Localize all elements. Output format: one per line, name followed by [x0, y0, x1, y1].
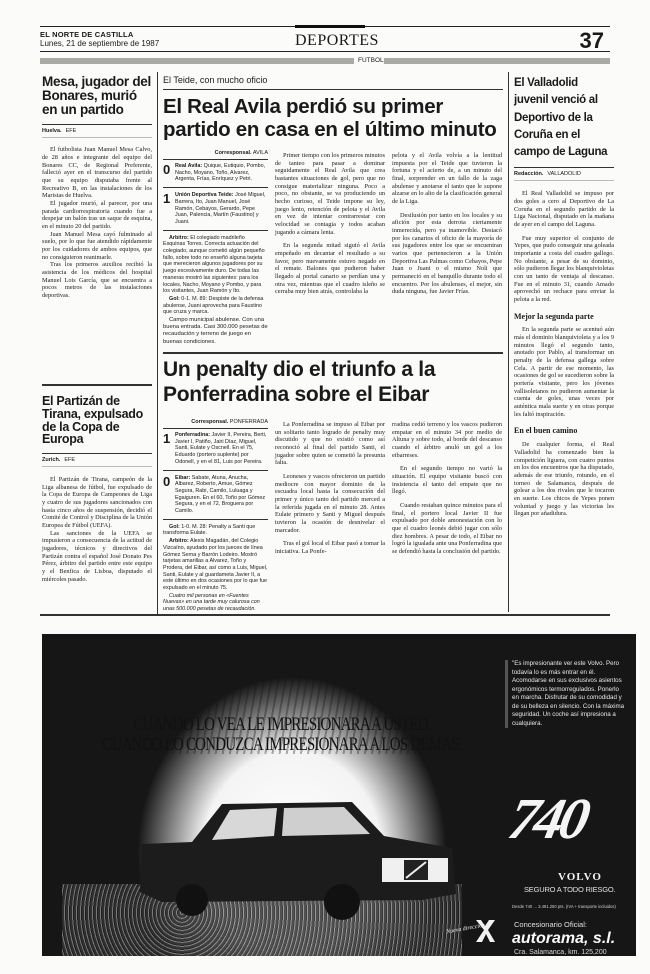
byline-place: Zurich. [42, 457, 60, 463]
masthead: EL NORTE DE CASTILLA Lunes, 21 de septie… [40, 26, 610, 52]
team-name: Eibar: [175, 475, 190, 481]
headline: Un penalty dio el triunfo a la Ponferrad… [163, 358, 503, 408]
team-players: Sabate, Atuna, Anucha, Albarez, Roberto,… [175, 475, 265, 515]
dealer-address: Cra. Salamanca, km. 125,200 Tels. 23 19 … [514, 949, 627, 956]
dealer-label: Concesionario Oficial: [514, 920, 587, 929]
lineup-row: 0Eibar: Sabate, Atuna, Anucha, Albarez, … [163, 475, 268, 520]
article-avila: El Teide, con mucho oficio El Real Avila… [163, 72, 503, 142]
subheading: Mejor la segunda parte [514, 312, 614, 322]
lineups: 1Ponferradina: Javier II, Pereira, Berti… [163, 428, 268, 613]
byline-city: AVILA [253, 150, 268, 156]
volvo-advertisement: CUANDO LO VEA LE IMPRESIONARA A USTED. C… [42, 634, 636, 956]
note-label: Gol: [169, 296, 180, 302]
avila-column-2: Primer tiempo con los primeros minutos d… [275, 152, 385, 296]
byline-city: PONFERRADA [230, 419, 268, 425]
avila-datasheet: Corresponsal. AVILA 0Real Avila: Quique,… [163, 150, 268, 347]
article-partizan: El Partizán de Tirana, expulsado de la C… [42, 395, 152, 583]
ponferradina-column-2: La Ponferradina se impuso al Eibar por u… [275, 421, 385, 556]
team-score: 0 [163, 475, 170, 488]
team-score: 1 [163, 432, 170, 445]
headline: Mesa, jugador del Bonares, murió en un p… [42, 75, 152, 116]
section-band: FUTBOL [40, 57, 610, 65]
headline: El Partizán de Tirana, expulsado de la C… [42, 395, 152, 446]
paragraph: Tras el gol local el Eibar pasó a tomar … [275, 540, 385, 555]
paragraph: En la segunda parte se acentuó aún más e… [514, 326, 614, 418]
team-name: Unión Deportiva Teide: [175, 192, 234, 198]
note-text: Alexis Magadán, del Colegio Vizcaíno, ay… [163, 538, 267, 591]
note-text: Campo municipal abulense. Con una buena … [163, 317, 268, 345]
byline: Zurich.EFE [42, 453, 152, 467]
column-divider [157, 200, 158, 615]
byline-place: Corresponsal. [215, 150, 252, 156]
lineup-row: 1Unión Deportiva Teide: José Miguel, Bar… [163, 192, 268, 231]
column-divider [508, 72, 509, 612]
price-note: Desde 740 ... 3.491.250 pts. (IVA + tran… [512, 904, 616, 909]
byline-place: Redacción. [514, 171, 543, 177]
paragraph: rradina cedió terreno y los vascos pudie… [392, 421, 502, 459]
byline-agency: EFE [64, 457, 75, 463]
paragraph: En la segunda mitad siguió el Avila empe… [275, 242, 385, 296]
paragraph: El Real Valladolid se impuso por dos gol… [514, 190, 614, 228]
kicker: El Teide, con mucho oficio [163, 72, 503, 90]
paragraph: Juan Manuel Mesa cayó fulminado al suelo… [42, 231, 152, 262]
byline: Huelva.EFE [42, 124, 152, 138]
team-name: Ponferradina: [175, 432, 210, 438]
ad-slogan: CUANDO LO VEA LE IMPRESIONARA A USTED. C… [102, 716, 462, 755]
address-line: Cra. Salamanca, km. 125,200 [514, 949, 627, 956]
note-text: Cuatro mil personas en «Fuentes Nuevas» … [163, 593, 260, 612]
slogan-line: CUANDO LO CONDUZCA IMPRESIONARA A LOS DE… [102, 736, 462, 756]
byline: Corresponsal. AVILA [163, 150, 268, 156]
team-name: Real Avila: [175, 163, 202, 169]
note-text: El colegiado madrileño Esquinas Torres. … [163, 235, 265, 295]
byline-place: Corresponsal. [191, 419, 228, 425]
section-band-label: FUTBOL [358, 57, 384, 64]
lineup-row: 1Ponferradina: Javier II, Pereira, Berti… [163, 432, 268, 471]
paragraph: Leoneses y vascos ofrecieron un partido … [275, 473, 385, 534]
byline: Corresponsal. PONFERRADA [163, 419, 268, 425]
dealer-logo-icon [474, 918, 496, 944]
page-separator [40, 614, 610, 616]
car-image [122, 784, 462, 924]
paragraph: pelota y el Avila volvía a la lentitud i… [392, 152, 502, 206]
lineup-row: 0Real Avila: Quique, Eutiquio, Pombo, Na… [163, 163, 268, 188]
band-left [40, 58, 354, 64]
article-body: El Partizán de Tirana, campeón de la Lig… [42, 476, 152, 583]
paragraph: Primer tiempo con los primeros minutos d… [275, 152, 385, 236]
section-title: DEPORTES [295, 32, 379, 50]
paragraph: En el segundo tiempo no varió la situaci… [392, 465, 502, 496]
slogan-line: CUANDO LO VEA LE IMPRESIONARA A USTED. [102, 716, 462, 736]
byline-agency: EFE [66, 128, 77, 134]
article-valladolid: El Valladolid juvenil venció al Deportiv… [514, 75, 614, 518]
band-right [384, 58, 610, 64]
note-label: Arbitro: [169, 235, 189, 241]
ad-tagline: SEGURO A TODO RIESGO. [524, 885, 615, 894]
ponferradina-datasheet: Corresponsal. PONFERRADA 1Ponferradina: … [163, 419, 268, 614]
dealer-name: autorama, s.l. [512, 930, 615, 948]
paragraph: El Partizán de Tirana, campeón de la Lig… [42, 476, 152, 530]
paragraph: Las sanciones de la UEFA se impusieron a… [42, 530, 152, 584]
article-separator [42, 384, 152, 386]
ponferradina-column-3: rradina cedió terreno y los vascos pudie… [392, 421, 502, 556]
ad-copy: "Es impresionante ver este Volvo. Pero t… [505, 660, 625, 728]
avila-column-3: pelota y el Avila volvía a la lentitud i… [392, 152, 502, 296]
section-bar [295, 25, 365, 28]
team-score: 1 [163, 192, 170, 205]
model-number: 740 [504, 790, 591, 848]
paragraph: La Ponferradina se impuso al Eibar por u… [275, 421, 385, 467]
issue-date: Lunes, 21 de septiembre de 1987 [40, 39, 159, 48]
paragraph: Cuando restaban quince minutos para el f… [392, 502, 502, 556]
byline: Redacción.VALLADOLID [514, 167, 614, 181]
article-separator [163, 352, 503, 354]
headline: El Real Avila perdió su primer partido e… [163, 96, 503, 142]
paragraph: El jugador murió, al parecer, por una pa… [42, 200, 152, 231]
article-body: El futbolista Juan Manuel Mesa Calvo, de… [42, 146, 152, 299]
team-score: 0 [163, 163, 170, 176]
column-divider [157, 72, 158, 200]
newspaper-name: EL NORTE DE CASTILLA [40, 30, 133, 39]
brand-name: VOLVO [558, 871, 602, 883]
article-mesa: Mesa, jugador del Bonares, murió en un p… [42, 75, 152, 300]
article-body: El Real Valladolid se impuso por dos gol… [514, 190, 614, 518]
note-label: Arbitro: [169, 538, 189, 544]
paragraph: El futbolista Juan Manuel Mesa Calvo, de… [42, 146, 152, 200]
article-ponferradina: Un penalty dio el triunfo a la Ponferrad… [163, 358, 503, 408]
paragraph: Tras los primeros auxilios recibió la as… [42, 261, 152, 299]
page-number: 37 [580, 28, 604, 54]
byline-place: Huelva. [42, 128, 62, 134]
headline: El Valladolid juvenil venció al Deportiv… [514, 75, 614, 161]
lineups: 0Real Avila: Quique, Eutiquio, Pombo, Na… [163, 159, 268, 346]
paragraph: Fue muy superior el conjunto de Yepes, q… [514, 235, 614, 304]
paragraph: Desilusión por tanto en los locales y su… [392, 212, 502, 296]
paragraph: De cualquier forma, el Real Valladolid h… [514, 441, 614, 518]
note-label: Gol: [169, 524, 180, 530]
byline-city: VALLADOLID [547, 171, 581, 177]
subheading: En el buen camino [514, 426, 614, 436]
